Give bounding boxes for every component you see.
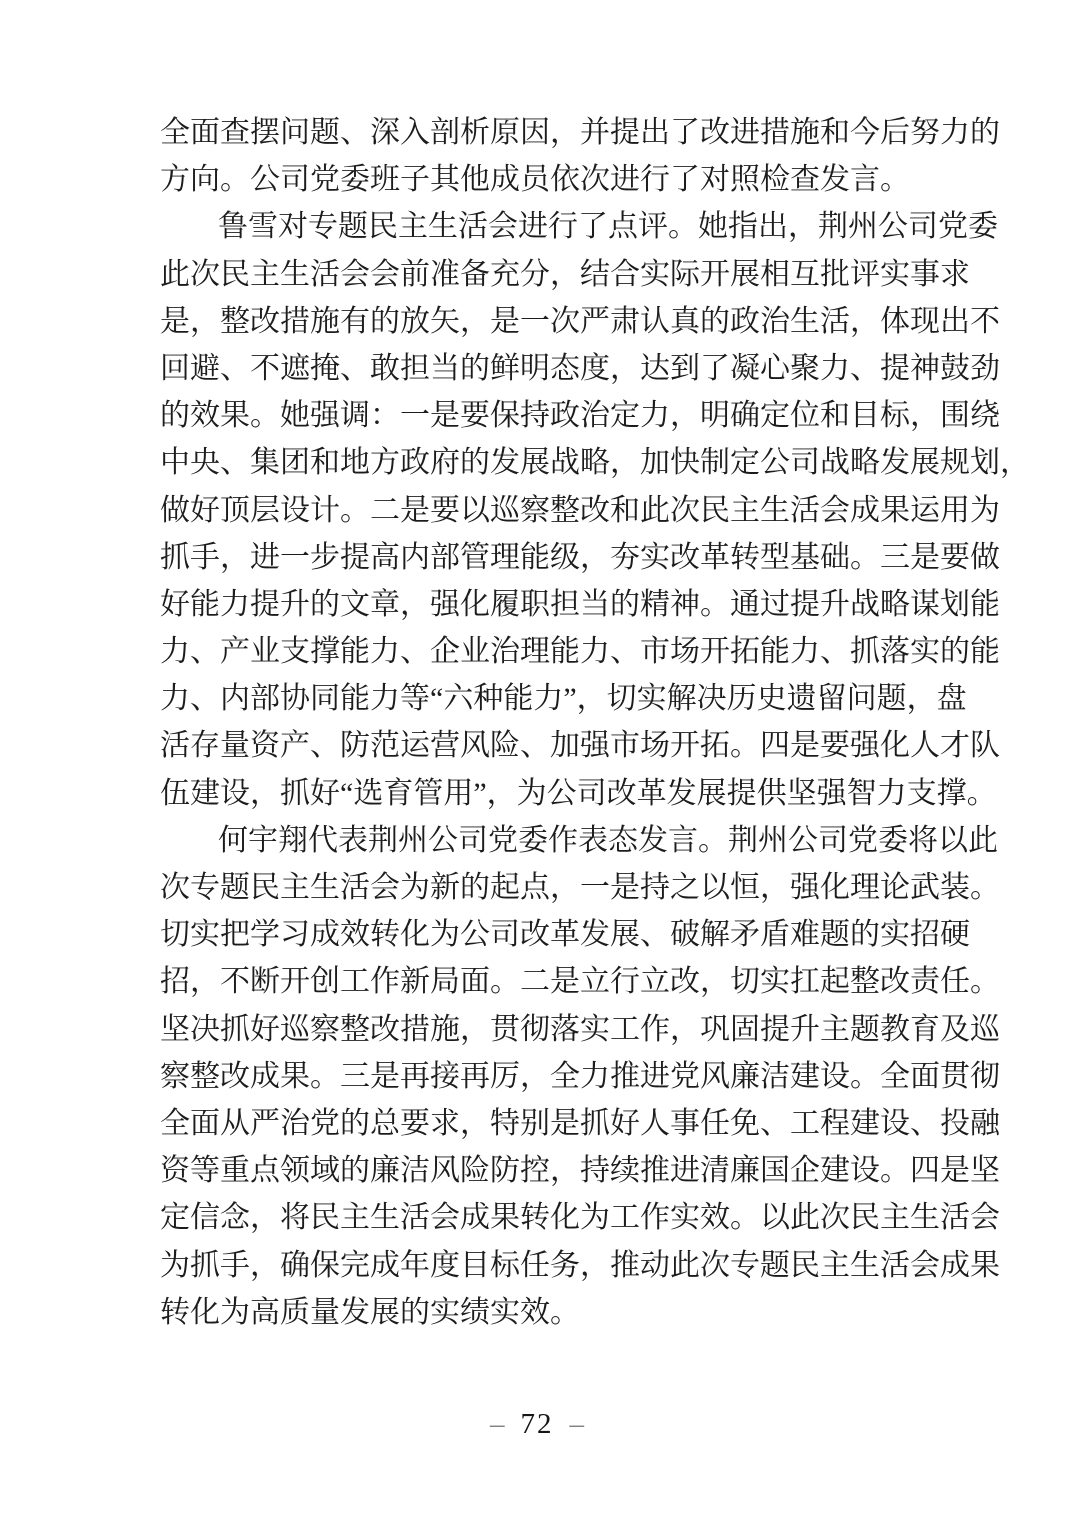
text-line: 是，整改措施有的放矢，是一次严肃认真的政治生活，体现出不 (160, 298, 910, 345)
text-line: 力、内部协同能力等“六种能力”，切实解决历史遗留问题，盘 (160, 675, 910, 722)
text-line: 中央、集团和地方政府的发展战略，加快制定公司战略发展规划， (160, 439, 910, 486)
text-line: 鲁雪对专题民主生活会进行了点评。她指出，荆州公司党委 (160, 203, 910, 250)
text-line: 为抓手，确保完成年度目标任务，推动此次专题民主生活会成果 (160, 1242, 910, 1289)
text-line: 切实把学习成效转化为公司改革发展、破解矛盾难题的实招硬 (160, 911, 910, 958)
text-line: 何宇翔代表荆州公司党委作表态发言。荆州公司党委将以此 (160, 817, 910, 864)
text-line: 方向。公司党委班子其他成员依次进行了对照检查发言。 (160, 156, 910, 203)
text-line: 抓手，进一步提高内部管理能级，夯实改革转型基础。三是要做 (160, 534, 910, 581)
text-line: 做好顶层设计。二是要以巡察整改和此次民主生活会成果运用为 (160, 487, 910, 534)
text-line: 定信念，将民主生活会成果转化为工作实效。以此次民主生活会 (160, 1194, 910, 1241)
text-line: 回避、不遮掩、敢担当的鲜明态度，达到了凝心聚力、提神鼓劲 (160, 345, 910, 392)
page-number: 72 (521, 1408, 554, 1440)
text-line: 活存量资产、防范运营风险、加强市场开拓。四是要强化人才队 (160, 722, 910, 769)
text-line: 伍建设，抓好“选育管用”，为公司改革发展提供坚强智力支撑。 (160, 770, 910, 817)
document-page: 全面查摆问题、深入剖析原因，并提出了改进措施和今后努力的 方向。公司党委班子其他… (0, 0, 1074, 1520)
text-line: 资等重点领域的廉洁风险防控，持续推进清廉国企建设。四是坚 (160, 1147, 910, 1194)
text-line: 转化为高质量发展的实绩实效。 (160, 1289, 910, 1336)
text-line: 察整改成果。三是再接再厉，全力推进党风廉洁建设。全面贯彻 (160, 1053, 910, 1100)
page-number-dash-left: – (490, 1408, 505, 1440)
text-line: 全面从严治党的总要求，特别是抓好人事任免、工程建设、投融 (160, 1100, 910, 1147)
text-line: 全面查摆问题、深入剖析原因，并提出了改进措施和今后努力的 (160, 109, 910, 156)
document-body: 全面查摆问题、深入剖析原因，并提出了改进措施和今后努力的 方向。公司党委班子其他… (160, 109, 910, 1336)
text-line: 招，不断开创工作新局面。二是立行立改，切实扛起整改责任。 (160, 958, 910, 1005)
text-line: 次专题民主生活会为新的起点，一是持之以恒，强化理论武装。 (160, 864, 910, 911)
page-footer: –72– (0, 1404, 1074, 1444)
text-line: 好能力提升的文章，强化履职担当的精神。通过提升战略谋划能 (160, 581, 910, 628)
page-number-dash-right: – (570, 1408, 585, 1440)
text-line: 力、产业支撑能力、企业治理能力、市场开拓能力、抓落实的能 (160, 628, 910, 675)
text-line: 的效果。她强调：一是要保持政治定力，明确定位和目标，围绕 (160, 392, 910, 439)
text-line: 此次民主生活会会前准备充分，结合实际开展相互批评实事求 (160, 251, 910, 298)
text-line: 坚决抓好巡察整改措施，贯彻落实工作，巩固提升主题教育及巡 (160, 1006, 910, 1053)
